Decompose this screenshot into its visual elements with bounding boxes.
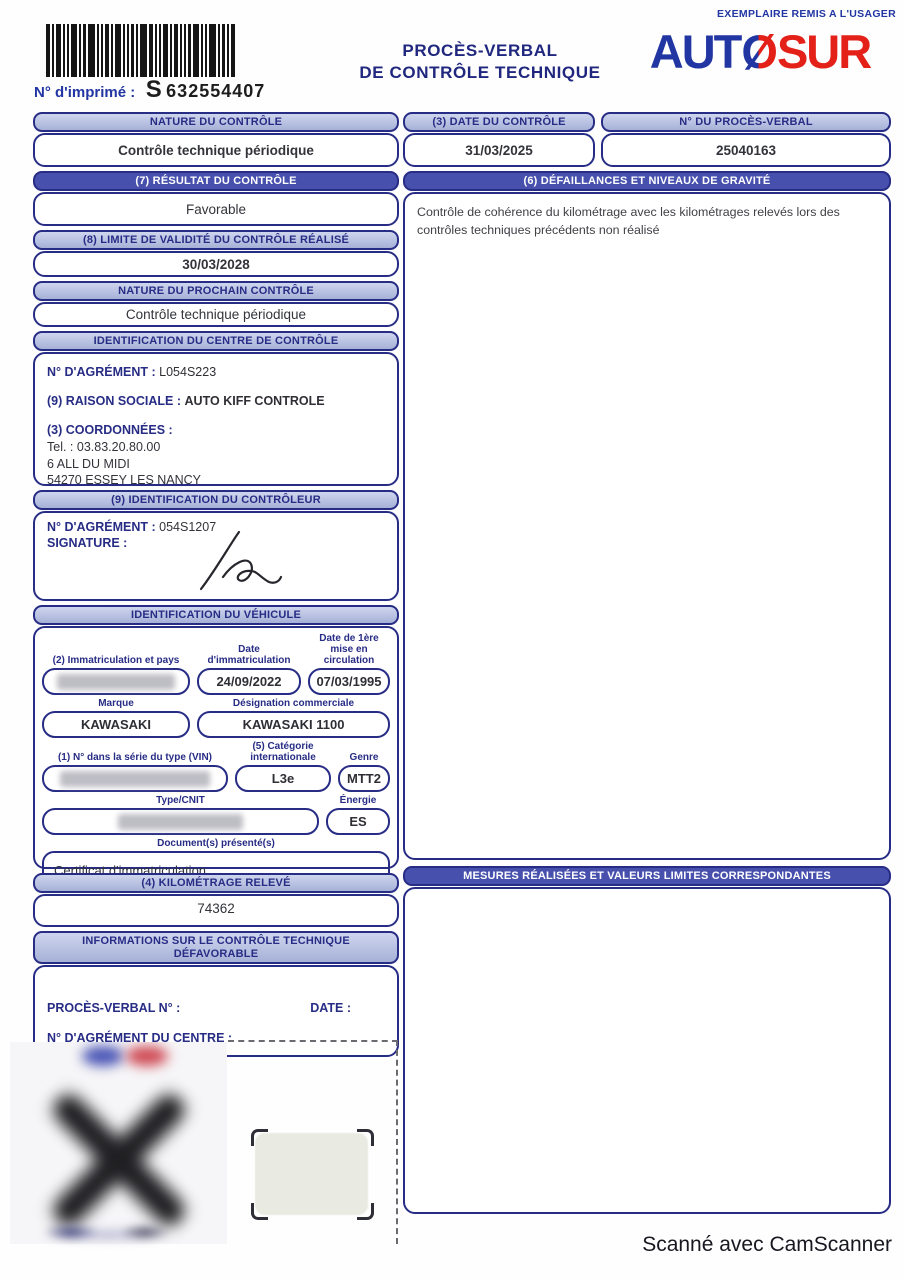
section-header-limite-validite: (8) LIMITE DE VALIDITÉ DU CONTRÔLE RÉALI… [33, 230, 399, 250]
defavorable-date-label: DATE : [310, 1001, 351, 1015]
autosur-logo: AUTØSUR [618, 24, 902, 79]
sticker-red-blob [126, 1046, 168, 1066]
vehicule-categorie-field: L3e [235, 765, 331, 792]
right-column: (3) DATE DU CONTRÔLE 31/03/2025 N° DU PR… [403, 112, 891, 1218]
vehicule-immat-field [42, 668, 190, 695]
vehicule-vin-field [42, 765, 228, 792]
section-numero-pv: N° DU PROCÈS-VERBAL 25040163 [601, 112, 891, 167]
centre-tel: Tel. : 03.83.20.80.00 [47, 439, 385, 456]
stamp-corner-mark [251, 1129, 268, 1146]
centre-agrement-value: L054S223 [159, 365, 216, 379]
section-header-date-controle: (3) DATE DU CONTRÔLE [403, 112, 595, 132]
scanned-document-page: EXEMPLAIRE REMIS A L'USAGER N° d'imprimé… [0, 0, 904, 1280]
section-header-resultat: (7) RÉSULTAT DU CONTRÔLE [33, 171, 399, 191]
vehicule-designation-label: Désignation commerciale [197, 698, 390, 709]
blurred-vignette-sticker [10, 1042, 227, 1244]
controleur-signature [193, 527, 303, 595]
section-vehicule: IDENTIFICATION DU VÉHICULE (2) Immatricu… [33, 605, 399, 869]
centre-raison-value: AUTO KIFF CONTROLE [185, 394, 325, 408]
vehicule-genre-field: MTT2 [338, 765, 390, 792]
document-title: PROCÈS-VERBAL DE CONTRÔLE TECHNIQUE [340, 40, 620, 84]
print-number-prefix: S [146, 76, 162, 103]
print-number-label: N° d'imprimé : [34, 84, 135, 101]
section-resultat: (7) RÉSULTAT DU CONTRÔLE Favorable [33, 171, 399, 226]
stamp-corner-mark [357, 1203, 374, 1220]
redacted-immatriculation [57, 674, 175, 690]
centre-adresse-1: 6 ALL DU MIDI [47, 456, 385, 473]
logo-text-blue: AUT [650, 25, 741, 78]
print-number-value: 632554407 [166, 81, 265, 101]
section-header-defavorable: INFORMATIONS SUR LE CONTRÔLE TECHNIQUE D… [33, 931, 399, 964]
vehicule-type-cnit-field [42, 808, 319, 835]
defavorable-pv-label: PROCÈS-VERBAL N° : [47, 1001, 180, 1015]
vehicule-documents-label: Document(s) présenté(s) [42, 838, 390, 849]
date-controle-value: 31/03/2025 [465, 143, 533, 158]
section-defavorable: INFORMATIONS SUR LE CONTRÔLE TECHNIQUE D… [33, 931, 399, 1057]
redacted-type-cnit [118, 814, 244, 830]
section-date-controle: (3) DATE DU CONTRÔLE 31/03/2025 [403, 112, 595, 167]
redacted-vin [60, 771, 209, 787]
section-header-prochain-controle: NATURE DU PROCHAIN CONTRÔLE [33, 281, 399, 301]
stamp-zone-dashed-line [396, 1040, 398, 1244]
logo-o-slash-icon: Ø [740, 25, 777, 78]
barcode [46, 24, 236, 77]
centre-adresse-2: 54270 ESSEY LES NANCY [47, 472, 385, 489]
section-prochain-controle: NATURE DU PROCHAIN CONTRÔLE Contrôle tec… [33, 281, 399, 327]
centre-agrement-label: N° D'AGRÉMENT : [47, 365, 156, 379]
vehicule-immat-label: (2) Immatriculation et pays [42, 655, 190, 666]
vehicule-mise-circulation-field: 07/03/1995 [308, 668, 390, 695]
section-header-mesures: MESURES RÉALISÉES ET VALEURS LIMITES COR… [403, 866, 891, 886]
blurred-watermark [24, 1221, 192, 1246]
kilometrage-value: 74362 [197, 901, 235, 916]
stamp-corner-mark [357, 1129, 374, 1146]
section-header-nature-controle: NATURE DU CONTRÔLE [33, 112, 399, 132]
copy-note: EXEMPLAIRE REMIS A L'USAGER [717, 8, 896, 20]
mesures-empty-area [403, 887, 891, 1214]
sticker-blue-blob [82, 1046, 124, 1066]
centre-coordonnees-label: (3) COORDONNÉES : [47, 422, 385, 439]
vehicule-marque-label: Marque [42, 698, 190, 709]
section-limite-validite: (8) LIMITE DE VALIDITÉ DU CONTRÔLE RÉALI… [33, 230, 399, 277]
vehicule-categorie-label: (5) Catégorie internationale [235, 741, 331, 763]
limite-validite-value: 30/03/2028 [182, 257, 250, 272]
section-mesures: MESURES RÉALISÉES ET VALEURS LIMITES COR… [403, 866, 891, 1214]
vehicule-marque-field: KAWASAKI [42, 711, 190, 738]
defaillances-text: Contrôle de cohérence du kilométrage ave… [405, 194, 889, 250]
controleur-agrement-label: N° D'AGRÉMENT : [47, 520, 156, 534]
section-defaillances: (6) DÉFAILLANCES ET NIVEAUX DE GRAVITÉ C… [403, 171, 891, 860]
numero-pv-value: 25040163 [716, 143, 776, 158]
vehicule-mise-circulation-label: Date de 1ère mise en circulation [308, 633, 390, 666]
section-nature-controle: NATURE DU CONTRÔLE Contrôle technique pé… [33, 112, 399, 167]
logo-text-red: SUR [777, 25, 870, 78]
vehicule-energie-label: Énergie [326, 795, 390, 806]
document-title-line1: PROCÈS-VERBAL [340, 40, 620, 62]
vehicule-genre-label: Genre [338, 752, 390, 763]
vehicule-date-immat-label: Date d'immatriculation [197, 644, 301, 666]
print-number: N° d'imprimé : S 632554407 [34, 76, 265, 104]
vehicule-energie-field: ES [326, 808, 390, 835]
centre-raison-label: (9) RAISON SOCIALE : [47, 394, 181, 408]
section-header-kilometrage: (4) KILOMÉTRAGE RELEVÉ [33, 873, 399, 893]
vehicule-vin-label: (1) N° dans la série du type (VIN) [42, 752, 228, 763]
left-column: NATURE DU CONTRÔLE Contrôle technique pé… [33, 112, 399, 1061]
nature-controle-value: Contrôle technique périodique [118, 143, 314, 158]
stamp-placeholder [255, 1133, 368, 1215]
section-header-vehicule: IDENTIFICATION DU VÉHICULE [33, 605, 399, 625]
section-kilometrage: (4) KILOMÉTRAGE RELEVÉ 74362 [33, 873, 399, 927]
section-header-defaillances: (6) DÉFAILLANCES ET NIVEAUX DE GRAVITÉ [403, 171, 891, 191]
vehicule-date-immat-field: 24/09/2022 [197, 668, 301, 695]
section-header-controleur: (9) IDENTIFICATION DU CONTRÔLEUR [33, 490, 399, 510]
resultat-value: Favorable [186, 202, 246, 217]
camscanner-note: Scanné avec CamScanner [642, 1233, 892, 1257]
prochain-controle-value: Contrôle technique périodique [126, 307, 306, 322]
stamp-zone-dashed-line [228, 1040, 398, 1042]
section-centre-controle: IDENTIFICATION DU CENTRE DE CONTRÔLE N° … [33, 331, 399, 486]
section-controleur: (9) IDENTIFICATION DU CONTRÔLEUR N° D'AG… [33, 490, 399, 601]
section-header-numero-pv: N° DU PROCÈS-VERBAL [601, 112, 891, 132]
document-title-line2: DE CONTRÔLE TECHNIQUE [340, 62, 620, 84]
vehicule-designation-field: KAWASAKI 1100 [197, 711, 390, 738]
stamp-corner-mark [251, 1203, 268, 1220]
vehicule-type-cnit-label: Type/CNIT [42, 795, 319, 806]
section-header-centre-controle: IDENTIFICATION DU CENTRE DE CONTRÔLE [33, 331, 399, 351]
